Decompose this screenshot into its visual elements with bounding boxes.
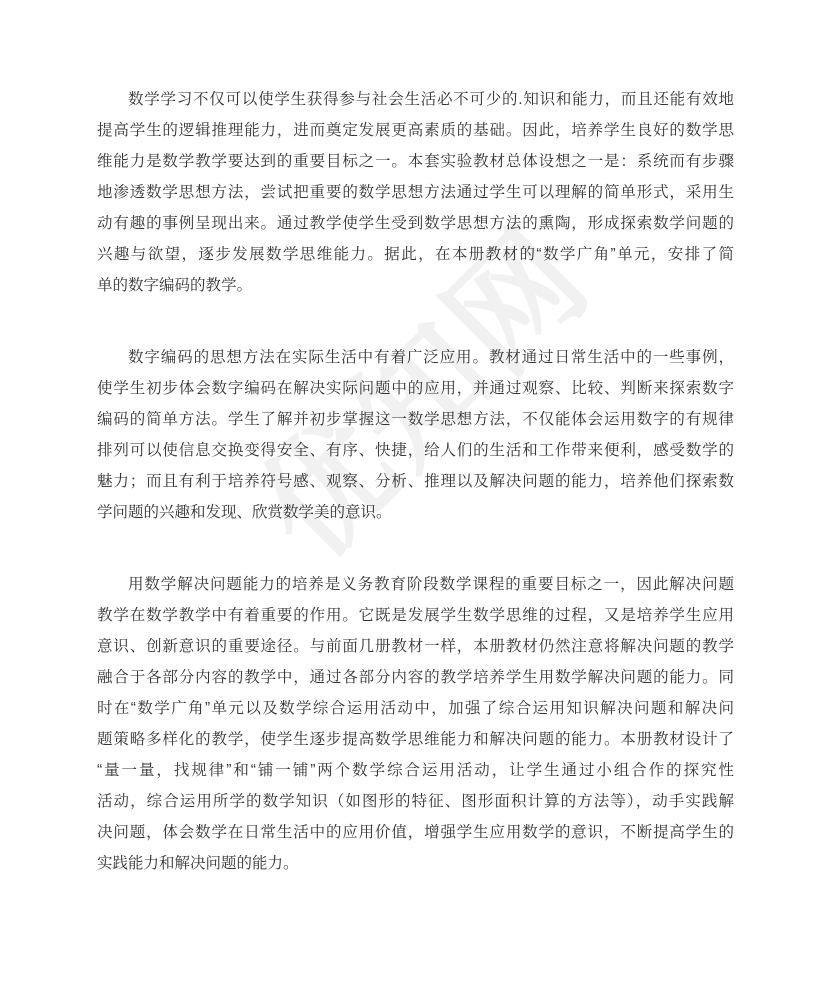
paragraph: 数字编码的思想方法在实际生活中有着广泛应用。教材通过日常生活中的一些事例，使学生… [97,342,734,528]
paragraph: 数学学习不仅可以使学生获得参与社会生活必不可少的.知识和能力，而且还能有效地提高… [97,84,734,301]
paragraph: 用数学解决问题能力的培养是义务教育阶段数学课程的重要目标之一，因此解决问题教学在… [97,569,734,879]
text-line: 学问题的兴趣和发现、欣赏数学美的意识。 [97,497,734,528]
text-line: 数学学习不仅可以使学生获得参与社会生活必不可少的.知识和能力，而且还能有效地 [97,84,734,115]
text-line: 活动，综合运用所学的数学知识（如图形的特征、图形面积计算的方法等），动手实践解 [97,786,734,817]
document-page: 优知网 数学学习不仅可以使学生获得参与社会生活必不可少的.知识和能力，而且还能有… [0,0,830,986]
text-line: 提高学生的逻辑推理能力，进而奠定发展更高素质的基础。因此，培养学生良好的数学思 [97,115,734,146]
text-line: 决问题，体会数学在日常生活中的应用价值，增强学生应用数学的意识，不断提高学生的 [97,817,734,848]
text-line: 地渗透数学思想方法，尝试把重要的数学思想方法通过学生可以理解的简单形式，采用生 [97,177,734,208]
text-line: 融合于各部分内容的教学中，通过各部分内容的教学培养学生用数学解决问题的能力。同 [97,662,734,693]
text-line: 兴趣与欲望，逐步发展数学思维能力。据此，在本册教材的“数学广角”单元，安排了简 [97,239,734,270]
text-line: 维能力是数学教学要达到的重要目标之一。本套实验教材总体设想之一是：系统而有步骤 [97,146,734,177]
text-line: 时在“数学广角”单元以及数学综合运用活动中，加强了综合运用知识解决问题和解决问 [97,693,734,724]
text-line: 教学在数学教学中有着重要的作用。它既是发展学生数学思维的过程，又是培养学生应用 [97,600,734,631]
text-line: 数字编码的思想方法在实际生活中有着广泛应用。教材通过日常生活中的一些事例， [97,342,734,373]
text-line: 意识、创新意识的重要途径。与前面几册教材一样，本册教材仍然注意将解决问题的教学 [97,631,734,662]
text-line: 用数学解决问题能力的培养是义务教育阶段数学课程的重要目标之一，因此解决问题 [97,569,734,600]
text-line: 排列可以使信息交换变得安全、有序、快捷，给人们的生活和工作带来便利，感受数学的 [97,435,734,466]
text-line: 实践能力和解决问题的能力。 [97,848,734,879]
text-line: “量一量，找规律”和“铺一铺”两个数学综合运用活动，让学生通过小组合作的探究性 [97,755,734,786]
text-line: 魅力；而且有利于培养符号感、观察、分析、推理以及解决问题的能力，培养他们探索数 [97,466,734,497]
document-body: 数学学习不仅可以使学生获得参与社会生活必不可少的.知识和能力，而且还能有效地提高… [97,84,734,879]
text-line: 题策略多样化的教学，使学生逐步提高数学思维能力和解决问题的能力。本册教材设计了 [97,724,734,755]
text-line: 单的数字编码的教学。 [97,270,734,301]
text-line: 使学生初步体会数字编码在解决实际问题中的应用，并通过观察、比较、判断来探索数字 [97,373,734,404]
text-line: 编码的简单方法。学生了解并初步掌握这一数学思想方法，不仅能体会运用数字的有规律 [97,404,734,435]
text-line: 动有趣的事例呈现出来。通过教学使学生受到数学思想方法的熏陶，形成探索数学问题的 [97,208,734,239]
